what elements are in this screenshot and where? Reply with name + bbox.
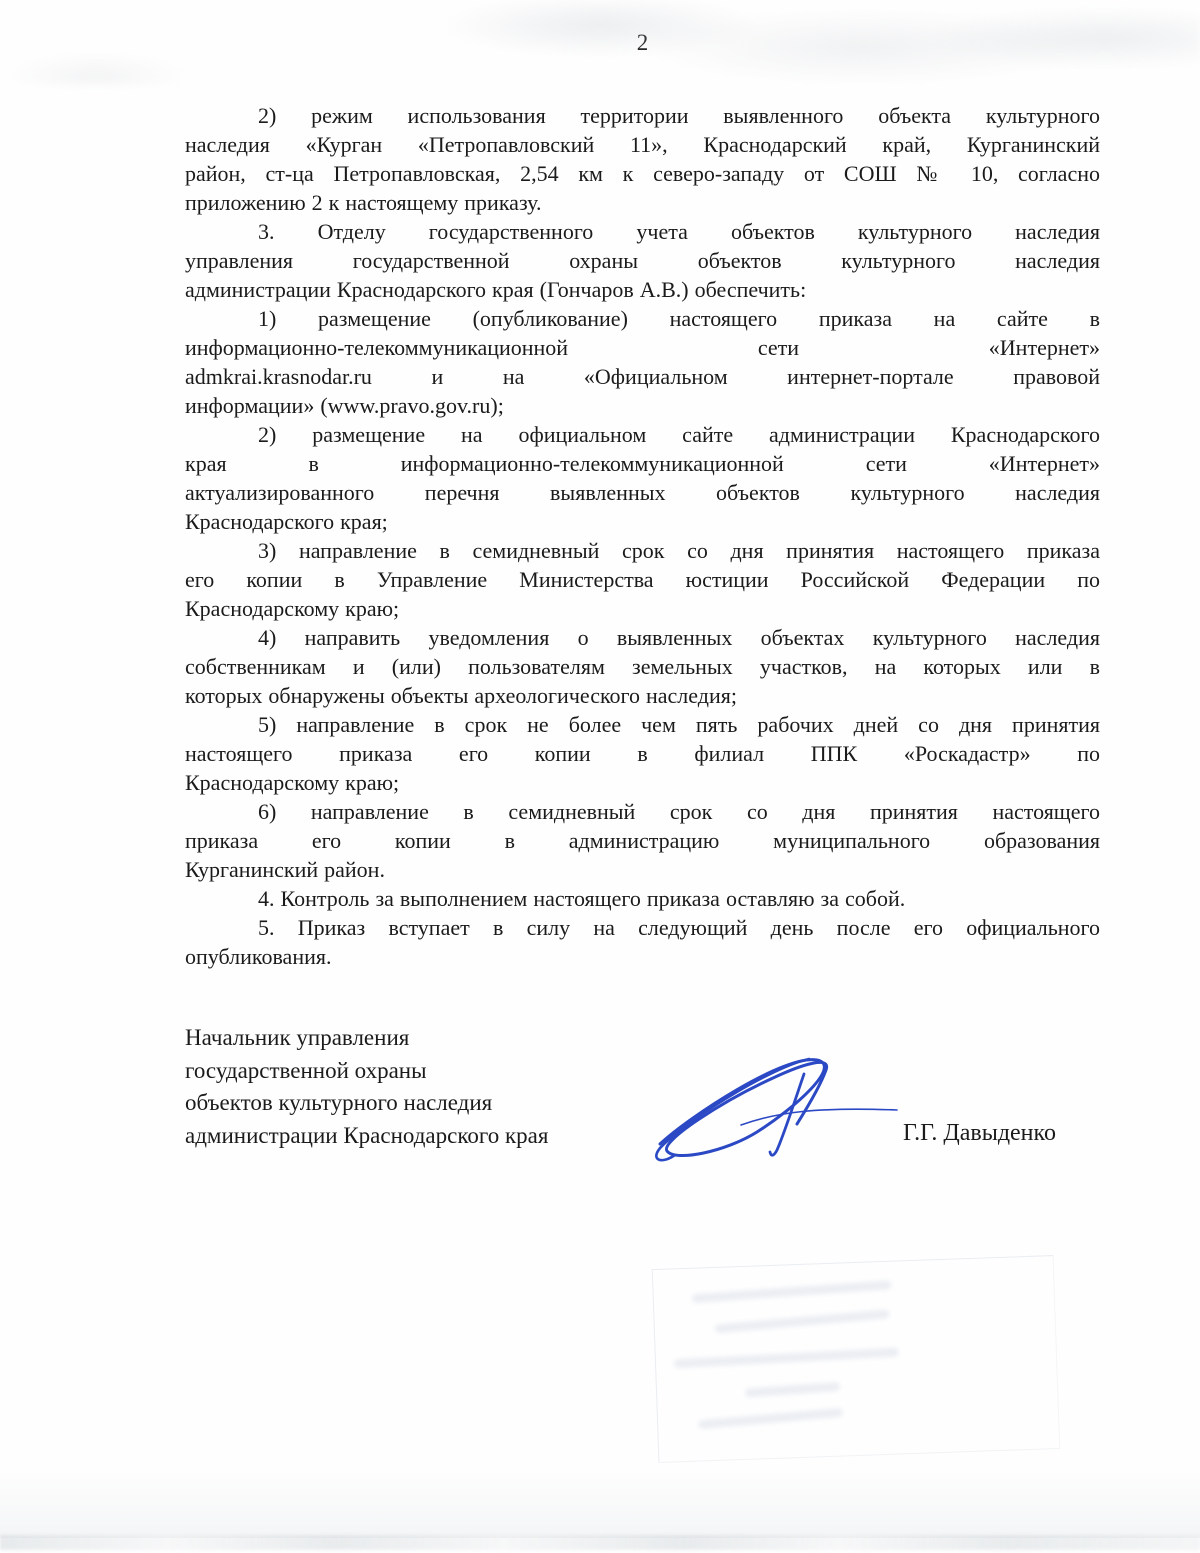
- scan-artifact-bottom-band: [0, 1535, 1200, 1550]
- text-line: собственникам и (или) пользователям земе…: [185, 652, 1100, 681]
- text-line: 4) направить уведомления о выявленных об…: [185, 623, 1100, 652]
- paragraph: 4. Контроль за выполнением настоящего пр…: [185, 884, 1100, 913]
- signature-stroke: [741, 1109, 897, 1125]
- paragraph: 1) размещение (опубликование) настоящего…: [185, 304, 1100, 420]
- text-line: admkrai.krasnodar.ru и на «Официальном и…: [185, 362, 1100, 391]
- scan-artifact-bottom-wash: [0, 1468, 1200, 1538]
- text-line: 3. Отделу государственного учета объекто…: [185, 217, 1100, 246]
- paragraph: 6) направление в семидневный срок со дня…: [185, 797, 1100, 884]
- text-line: 3) направление в семидневный срок со дня…: [185, 536, 1100, 565]
- stamp-text-smudge: [692, 1280, 892, 1303]
- document-page: 2 2) режим использования территории выяв…: [0, 0, 1200, 1553]
- text-line: настоящего приказа его копии в филиал ПП…: [185, 739, 1100, 768]
- text-line: 4. Контроль за выполнением настоящего пр…: [185, 884, 1100, 913]
- stamp-text-smudge: [698, 1408, 843, 1430]
- signature-stroke: [660, 1060, 827, 1156]
- paragraph: 3. Отделу государственного учета объекто…: [185, 217, 1100, 304]
- paragraph: 2) режим использования территории выявле…: [185, 101, 1100, 217]
- paragraph: 4) направить уведомления о выявленных об…: [185, 623, 1100, 710]
- text-line: Краснодарскому краю;: [185, 594, 1100, 623]
- text-line: наследия «Курган «Петропавловский 11», К…: [185, 130, 1100, 159]
- text-line: которых обнаружены объекты археологическ…: [185, 681, 1100, 710]
- paragraph: 3) направление в семидневный срок со дня…: [185, 536, 1100, 623]
- signatory-name: Г.Г. Давыденко: [903, 1118, 1056, 1148]
- text-line: 5. Приказ вступает в силу на следующий д…: [185, 913, 1100, 942]
- text-line: Краснодарского края;: [185, 507, 1100, 536]
- text-line: Краснодарскому краю;: [185, 768, 1100, 797]
- stamp-text-smudge: [674, 1348, 899, 1369]
- signature-title: Начальник управлениягосударственной охра…: [185, 1022, 548, 1152]
- paragraph: 5) направление в срок не более чем пять …: [185, 710, 1100, 797]
- stamp-text-smudge: [715, 1309, 890, 1333]
- document-body: 2) режим использования территории выявле…: [185, 101, 1100, 971]
- text-line: 2) размещение на официальном сайте админ…: [185, 420, 1100, 449]
- signature-title-line: администрации Краснодарского края: [185, 1120, 548, 1153]
- text-line: управления государственной охраны объект…: [185, 246, 1100, 275]
- paragraph: 5. Приказ вступает в силу на следующий д…: [185, 913, 1100, 971]
- text-line: приказа его копии в администрацию муници…: [185, 826, 1100, 855]
- signature-title-line: объектов культурного наследия: [185, 1087, 548, 1120]
- text-line: 6) направление в семидневный срок со дня…: [185, 797, 1100, 826]
- signature-title-line: Начальник управления: [185, 1022, 548, 1055]
- text-line: 5) направление в срок не более чем пять …: [185, 710, 1100, 739]
- text-line: Курганинский район.: [185, 855, 1100, 884]
- text-line: актуализированного перечня выявленных об…: [185, 478, 1100, 507]
- page-number: 2: [185, 30, 1100, 56]
- text-line: 2) режим использования территории выявле…: [185, 101, 1100, 130]
- text-line: его копии в Управление Министерства юсти…: [185, 565, 1100, 594]
- text-line: район, ст-ца Петропавловская, 2,54 км к …: [185, 159, 1100, 188]
- faint-stamp-remnant: [652, 1255, 1061, 1463]
- text-line: информации» (www.pravo.gov.ru);: [185, 391, 1100, 420]
- stamp-text-smudge: [745, 1382, 840, 1398]
- signature-title-line: государственной охраны: [185, 1055, 548, 1088]
- paragraph: 2) размещение на официальном сайте админ…: [185, 420, 1100, 536]
- text-line: приложению 2 к настоящему приказу.: [185, 188, 1100, 217]
- text-line: края в информационно-телекоммуникационно…: [185, 449, 1100, 478]
- text-line: информационно-телекоммуникационной сети …: [185, 333, 1100, 362]
- signature-stroke: [770, 1074, 804, 1155]
- signature-ink: [645, 1046, 913, 1172]
- text-line: опубликования.: [185, 942, 1100, 971]
- text-line: администрации Краснодарского края (Гонча…: [185, 275, 1100, 304]
- text-line: 1) размещение (опубликование) настоящего…: [185, 304, 1100, 333]
